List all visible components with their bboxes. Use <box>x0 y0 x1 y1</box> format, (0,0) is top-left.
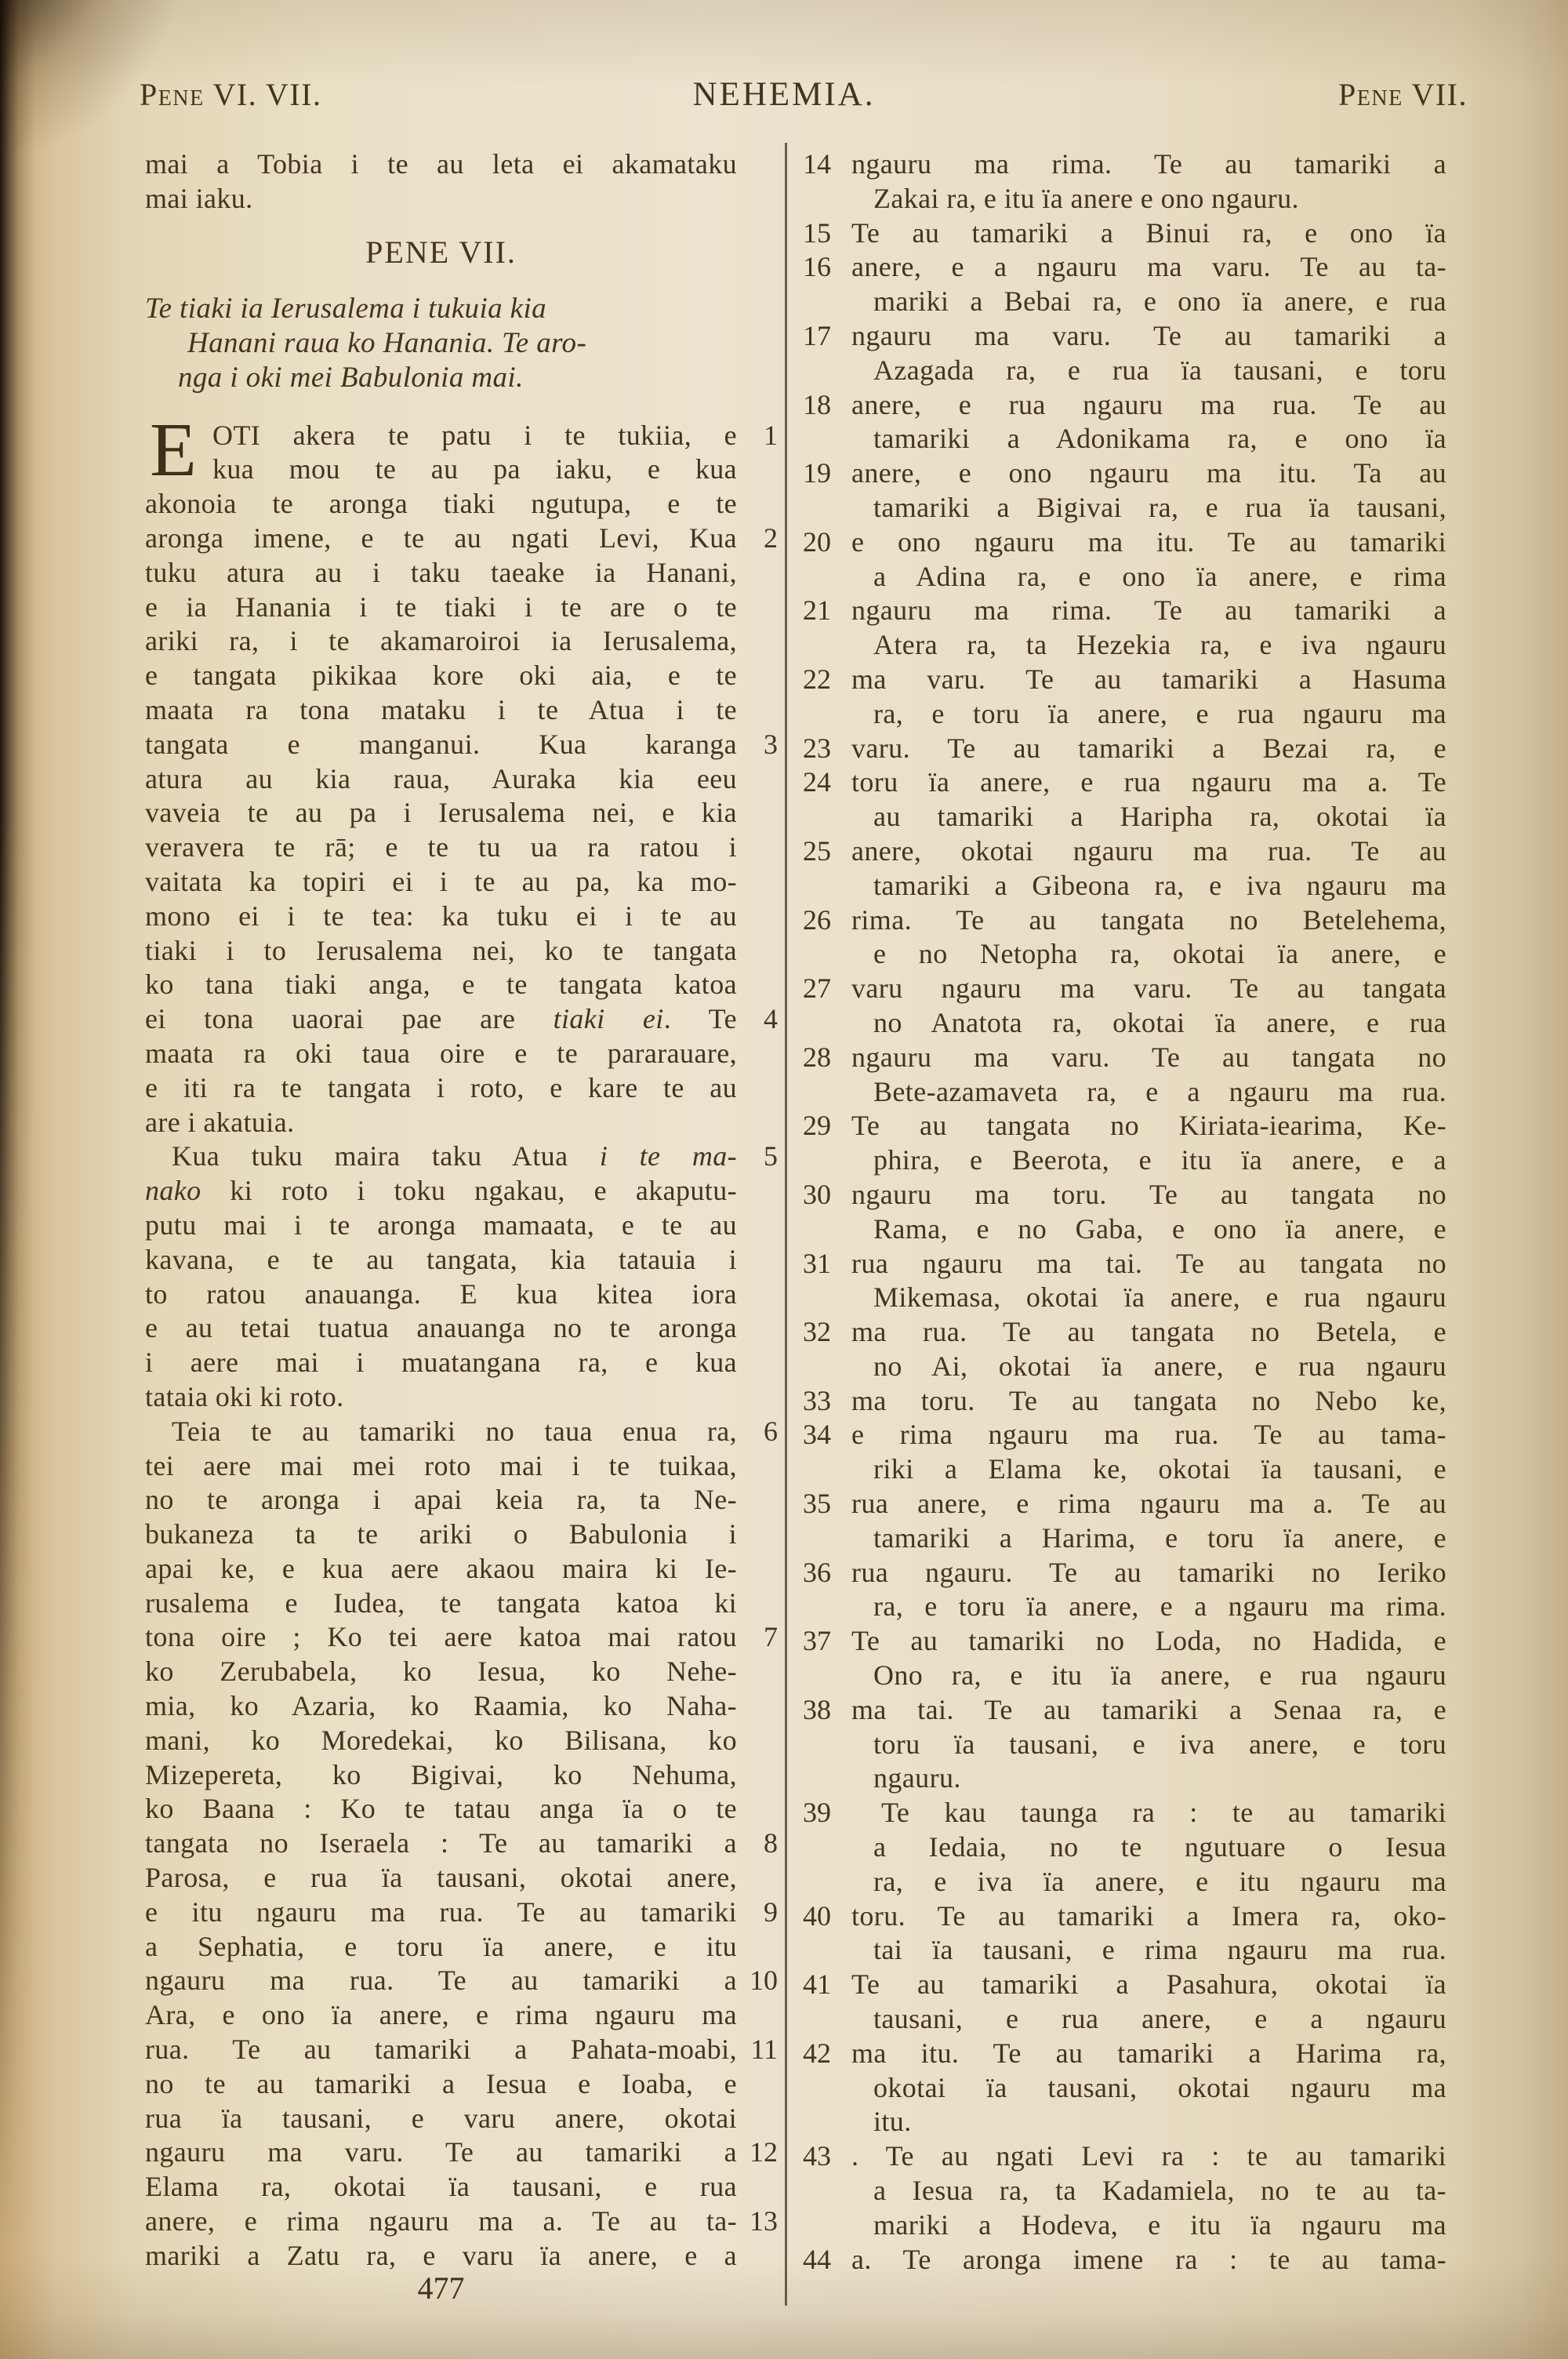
line-text: riki a Elama ke, okotai ïa tausani, e <box>873 1453 1446 1485</box>
left-body-text-line: maata ra oki taua oire e te pararauare, <box>145 1037 737 1071</box>
line-text: e au tetai tuatua anauanga no te aronga <box>145 1312 737 1343</box>
line-text: tei aere mai mei roto mai i te tuikaa, <box>145 1450 737 1481</box>
line-text: ko Baana : Ko te tatau anga ïa o te <box>145 1793 737 1824</box>
line-text: Mikemasa, okotai ïa anere, e rua ngauru <box>873 1281 1446 1313</box>
line-text: tataia oki ki roto. <box>145 1381 344 1412</box>
right-column-text-line: 35rua anere, e rima ngauru ma a. Te au <box>801 1487 1446 1521</box>
line-text: tai ïa tausani, e rima ngauru ma rua. <box>873 1934 1446 1965</box>
line-text: tamariki a Bigivai ra, e rua ïa tausani, <box>873 492 1446 523</box>
right-column-text-line: 34e rima ngauru ma rua. Te au tama- <box>801 1418 1446 1452</box>
left-body-text-line: mani, ko Moredekai, ko Bilisana, ko <box>145 1724 737 1758</box>
right-column-text-line: 21ngauru ma rima. Te au tamariki a <box>801 594 1446 628</box>
right-column-text-line: Atera ra, ta Hezekia ra, e iva ngauru <box>801 628 1446 663</box>
verse-number: 27 <box>803 972 831 1006</box>
line-text: mono ei i te tea: ka tuku ei i te au <box>145 900 737 932</box>
verse-number: 6 <box>764 1415 778 1449</box>
line-text: anere, e ono ngauru ma itu. Ta au <box>851 457 1446 489</box>
column-divider-rule <box>785 143 787 2306</box>
verse-number: 36 <box>803 1556 831 1590</box>
line-text: mia, ko Azaria, ko Raamia, ko Naha- <box>145 1690 737 1721</box>
right-column-text-line: riki a Elama ke, okotai ïa tausani, e <box>801 1452 1446 1487</box>
line-text: no Ai, okotai ïa anere, e rua ngauru <box>873 1350 1446 1382</box>
line-text: anere, e a ngauru ma varu. Te au ta- <box>851 251 1446 282</box>
line-text: rua ngauru. Te au tamariki no Ieriko <box>851 1557 1446 1588</box>
left-body-text-line: veravera te rā; e te tu ua ra ratou i <box>145 831 737 865</box>
line-text: e tangata pikikaa kore oki aia, e te <box>145 660 737 691</box>
line-text: atura au kia raua, Auraka kia eeu <box>145 763 737 794</box>
right-column-text-line: no Anatota ra, okotai ïa anere, e rua <box>801 1006 1446 1041</box>
left-body-text-line: are i akatuia. <box>145 1106 737 1140</box>
line-text: kavana, e te au tangata, kia tatauia i <box>145 1244 737 1275</box>
line-text: veravera te rā; e te tu ua ra ratou i <box>145 831 737 863</box>
right-column-text-line: Zakai ra, e itu ïa anere e ono ngauru. <box>801 182 1446 216</box>
verse-number: 1 <box>764 419 778 453</box>
right-column-text-line: ngauru. <box>801 1761 1446 1796</box>
verse-number: 24 <box>803 765 831 800</box>
verse-number: 40 <box>803 1899 831 1934</box>
left-body-text-line: 11rua. Te au tamariki a Pahata-moabi, <box>145 2033 737 2067</box>
line-text: ei tona uaorai pae are tiaki ei. Te <box>145 1003 737 1034</box>
verse-number: 17 <box>803 319 831 354</box>
line-text: . Te au ngati Levi ra : te au tamariki <box>851 2140 1446 2172</box>
right-column-text-line: 29Te au tangata no Kiriata-iearima, Ke- <box>801 1109 1446 1143</box>
line-text: e iti ra te tangata i roto, e kare te au <box>145 1072 737 1103</box>
left-body-text-line: 3tangata e manganui. Kua karanga <box>145 728 737 762</box>
line-text: nga i oki mei Babulonia mai. <box>178 362 524 394</box>
left-body-text-line: to ratou anauanga. E kua kitea iora <box>145 1278 737 1312</box>
right-column-text-line: 23varu. Te au tamariki a Bezai ra, e <box>801 732 1446 766</box>
left-body-text-line: mariki a Zatu ra, e varu ïa anere, e a <box>145 2239 737 2274</box>
right-column-text-line: 24toru ïa anere, e rua ngauru ma a. Te <box>801 765 1446 800</box>
line-text: Te au tamariki no Loda, no Hadida, e <box>851 1625 1446 1656</box>
line-text: ngauru ma varu. Te au tamariki a <box>145 2136 737 2168</box>
right-column-text-line: tamariki a Gibeona ra, e iva ngauru ma <box>801 869 1446 903</box>
line-text: Elama ra, okotai ïa tausani, e rua <box>145 2171 737 2202</box>
verse-number: 33 <box>803 1384 831 1419</box>
right-column-text-line: mariki a Bebai ra, e ono ïa anere, e rua <box>801 285 1446 319</box>
line-text: Teia te au tamariki no taua enua ra, <box>172 1416 737 1447</box>
chapter-summary-text-line: Hanani raua ko Hanania. Te aro- <box>145 326 737 361</box>
right-column-text-line: 44a. Te aronga imene ra : te au tama- <box>801 2243 1446 2277</box>
verse-number: 41 <box>803 1968 831 2002</box>
right-column-text-line: 41Te au tamariki a Pasahura, okotai ïa <box>801 1968 1446 2002</box>
line-text: ngauru ma rua. Te au tamariki a <box>145 1965 737 1996</box>
line-text: rusalema e Iudea, te tangata katoa ki <box>145 1587 737 1619</box>
left-body-text-line: maata ra tona mataku i te Atua i te <box>145 693 737 728</box>
line-text: anere, e rua ngauru ma rua. Te au <box>851 389 1446 420</box>
right-column-text-line: ra, e iva ïa anere, e itu ngauru ma <box>801 1865 1446 1899</box>
left-body-text-line: 8tangata no Iseraela : Te au tamariki a <box>145 1826 737 1861</box>
chapter-summary-text-line: Te tiaki ia Ierusalema i tukuia kia <box>145 292 737 326</box>
line-text: toru. Te au tamariki a Imera ra, oko- <box>851 1900 1446 1932</box>
line-text: e ia Hanania i te tiaki i te are o te <box>145 591 737 623</box>
right-column-text-line: 14ngauru ma rima. Te au tamariki a <box>801 147 1446 182</box>
line-text: e itu ngauru ma rua. Te au tamariki <box>145 1896 737 1928</box>
right-column-text-line: Mikemasa, okotai ïa anere, e rua ngauru <box>801 1281 1446 1315</box>
right-column-text-line: tai ïa tausani, e rima ngauru ma rua. <box>801 1933 1446 1968</box>
left-body-text-line: e au tetai tuatua anauanga no te aronga <box>145 1311 737 1346</box>
line-text: rua anere, e rima ngauru ma a. Te au <box>851 1488 1446 1519</box>
right-column-text-line: au tamariki a Haripha ra, okotai ïa <box>801 800 1446 834</box>
left-body-text-line: kavana, e te au tangata, kia tatauia i <box>145 1243 737 1278</box>
verse-number: 13 <box>750 2205 778 2239</box>
line-text: au tamariki a Haripha ra, okotai ïa <box>873 801 1446 832</box>
right-column-text-line: tamariki a Harima, e toru ïa anere, e <box>801 1521 1446 1556</box>
right-column-text-line: 40toru. Te au tamariki a Imera ra, oko- <box>801 1899 1446 1934</box>
left-body-text-line: putu mai i te aronga mamaata, e te au <box>145 1209 737 1243</box>
line-text: Te au tangata no Kiriata-iearima, Ke- <box>851 1110 1446 1141</box>
left-body-text-line: mono ei i te tea: ka tuku ei i te au <box>145 900 737 934</box>
line-text: OTI akera te patu i te tukiia, e <box>212 420 737 451</box>
right-column: 14ngauru ma rima. Te au tamariki aZakai … <box>801 147 1446 2277</box>
line-text: a Iedaia, no te ngutuare o Iesua <box>873 1831 1446 1863</box>
line-text: anere, e rima ngauru ma a. Te au ta- <box>145 2205 737 2237</box>
right-column-text-line: Bete-azamaveta ra, e a ngauru ma rua. <box>801 1075 1446 1110</box>
line-text: phira, e Beerota, e itu ïa anere, e a <box>873 1144 1446 1176</box>
left-body-text-line: 10ngauru ma rua. Te au tamariki a <box>145 1964 737 1998</box>
left-body-text-line: e tangata pikikaa kore oki aia, e te <box>145 659 737 693</box>
left-body-text-line: atura au kia raua, Auraka kia eeu <box>145 762 737 797</box>
right-column-text-line: 19anere, e ono ngauru ma itu. Ta au <box>801 456 1446 491</box>
verse-number: 25 <box>803 834 831 869</box>
right-column-text-line: 26rima. Te au tangata no Betelehema, <box>801 903 1446 938</box>
line-text: rua ïa tausani, e varu anere, okotai <box>145 2103 737 2134</box>
running-head-right: Pene VII. <box>1338 77 1468 113</box>
verse-number: 34 <box>803 1418 831 1452</box>
line-text: putu mai i te aronga mamaata, e te au <box>145 1209 737 1241</box>
right-column-text-line: ra, e toru ïa anere, e a ngauru ma rima. <box>801 1590 1446 1624</box>
verse-number: 10 <box>750 1964 778 1998</box>
right-column-text-line: 37Te au tamariki no Loda, no Hadida, e <box>801 1624 1446 1659</box>
line-text: ra, e iva ïa anere, e itu ngauru ma <box>873 1866 1446 1897</box>
book-page: Pene VI. VII. NEHEMIA. Pene VII. mai a T… <box>0 0 1568 2359</box>
left-body-text-line: 2aronga imene, e te au ngati Levi, Kua <box>145 522 737 556</box>
verse-number: 28 <box>803 1041 831 1075</box>
left-intro-text-line: mai a Tobia i te au leta ei akamataku <box>145 147 737 182</box>
left-body-text-line: no te au tamariki a Iesua e Ioaba, e <box>145 2067 737 2102</box>
page-gutter-shadow <box>0 0 34 2337</box>
left-body-text-line: ko Zerubabela, ko Iesua, ko Nehe- <box>145 1655 737 1689</box>
left-body-text-line: 4ei tona uaorai pae are tiaki ei. Te <box>145 1002 737 1037</box>
verse-number: 44 <box>803 2243 831 2277</box>
line-text: ko Zerubabela, ko Iesua, ko Nehe- <box>145 1656 737 1687</box>
right-column-text-line: ra, e toru ïa anere, e rua ngauru ma <box>801 697 1446 732</box>
left-body-text-line: akonoia te aronga tiaki ngutupa, e te <box>145 487 737 522</box>
left-body-text-line: a Sephatia, e toru ïa anere, e itu <box>145 1930 737 1965</box>
right-column-text-line: Azagada ra, e rua ïa tausani, e toru <box>801 354 1446 388</box>
line-text: rua. Te au tamariki a Pahata-moabi, <box>145 2034 737 2065</box>
line-text: rua ngauru ma tai. Te au tangata no <box>851 1248 1446 1279</box>
line-text: ngauru. <box>873 1762 961 1794</box>
line-text: no Anatota ra, okotai ïa anere, e rua <box>873 1007 1446 1038</box>
line-text: anere, okotai ngauru ma rua. Te au <box>851 835 1446 867</box>
line-text: tausani, e rua anere, e a ngauru <box>873 2003 1446 2034</box>
left-body-text-line: rusalema e Iudea, te tangata katoa ki <box>145 1587 737 1621</box>
right-column-text-line: 30ngauru ma toru. Te au tangata no <box>801 1178 1446 1212</box>
verse-number: 32 <box>803 1315 831 1350</box>
line-text: no te aronga i apai keia ra, ta Ne- <box>145 1484 737 1515</box>
right-column-text-line: 18anere, e rua ngauru ma rua. Te au <box>801 388 1446 423</box>
line-text: ma rua. Te au tangata no Betela, e <box>851 1316 1446 1347</box>
right-column-text-line: tamariki a Bigivai ra, e rua ïa tausani, <box>801 491 1446 525</box>
line-text: maata ra tona mataku i te Atua i te <box>145 694 737 725</box>
line-text: mani, ko Moredekai, ko Bilisana, ko <box>145 1725 737 1756</box>
line-text: i aere mai i muatangana ra, e kua <box>145 1347 737 1378</box>
line-text: nako ki roto i toku ngakau, e akaputu- <box>145 1175 737 1206</box>
line-text: to ratou anauanga. E kua kitea iora <box>145 1278 737 1310</box>
right-column-text-line: 39Te kau taunga ra : te au tamariki <box>801 1796 1446 1830</box>
line-text: tiaki i to Ierusalema nei, ko te tangata <box>145 935 737 966</box>
line-text: ngauru ma rima. Te au tamariki a <box>851 594 1446 626</box>
left-body-text-line: e iti ra te tangata i roto, e kare te au <box>145 1071 737 1106</box>
verse-number: 20 <box>803 525 831 560</box>
left-body-text-line: ko tana tiaki anga, e te tangata katoa <box>145 968 737 1002</box>
left-body-text-line: ariki ra, i te akamaroiroi ia Ierusalema… <box>145 624 737 659</box>
left-body-text-line: ko Baana : Ko te tatau anga ïa o te <box>145 1792 737 1826</box>
left-body-text-line: mia, ko Azaria, ko Raamia, ko Naha- <box>145 1689 737 1724</box>
line-text: mariki a Bebai ra, e ono ïa anere, e rua <box>873 285 1446 317</box>
line-text: aronga imene, e te au ngati Levi, Kua <box>145 522 737 554</box>
line-text: Zakai ra, e itu ïa anere e ono ngauru. <box>873 183 1299 214</box>
line-text: vaveia te au pa i Ierusalema nei, e kia <box>145 797 737 828</box>
line-text: ma varu. Te au tamariki a Hasuma <box>851 663 1446 695</box>
line-text: kua mou te au pa iaku, e kua <box>212 453 737 485</box>
right-column-text-line: okotai ïa tausani, okotai ngauru ma <box>801 2071 1446 2106</box>
right-column-text-line: tausani, e rua anere, e a ngauru <box>801 2002 1446 2037</box>
line-text: a Sephatia, e toru ïa anere, e itu <box>145 1931 737 1962</box>
line-text: ngauru ma varu. Te au tamariki a <box>851 320 1446 351</box>
verse-number: 38 <box>803 1693 831 1728</box>
line-text: ma tai. Te au tamariki a Senaa ra, e <box>851 1694 1446 1725</box>
right-column-text-line: 31rua ngauru ma tai. Te au tangata no <box>801 1247 1446 1281</box>
verse-number: 16 <box>803 250 831 285</box>
verse-number: 23 <box>803 732 831 766</box>
left-body-text-line: e ia Hanania i te tiaki i te are o te <box>145 591 737 625</box>
right-column-text-line: a Iedaia, no te ngutuare o Iesua <box>801 1830 1446 1865</box>
verse-number: 26 <box>803 903 831 938</box>
line-text: ngauru ma varu. Te au tangata no <box>851 1041 1446 1073</box>
verse-number: 30 <box>803 1178 831 1212</box>
left-body-text-line: no te aronga i apai keia ra, ta Ne- <box>145 1483 737 1518</box>
left-column: mai a Tobia i te au leta ei akamatakumai… <box>145 147 737 2274</box>
line-text: varu. Te au tamariki a Bezai ra, e <box>851 732 1446 764</box>
verse-number: 4 <box>764 1002 778 1037</box>
line-text: a Adina ra, e ono ïa anere, e rima <box>873 561 1446 592</box>
left-body-text-line: tataia oki ki roto. <box>145 1380 737 1415</box>
chapter-heading: PENE VII. <box>145 235 737 270</box>
verse-number: 31 <box>803 1247 831 1281</box>
line-text: toru ïa anere, e rua ngauru ma a. Te <box>851 766 1446 798</box>
verse-number: 29 <box>803 1109 831 1143</box>
line-text: e ono ngauru ma itu. Te au tamariki <box>851 526 1446 558</box>
line-text: Hanani raua ko Hanania. Te aro- <box>187 327 586 359</box>
line-text: okotai ïa tausani, okotai ngauru ma <box>873 2072 1446 2103</box>
line-text: Kua tuku maira taku Atua i te ma- <box>172 1140 737 1172</box>
left-body-text-line: i aere mai i muatangana ra, e kua <box>145 1346 737 1380</box>
right-column-text-line: 43. Te au ngati Levi ra : te au tamariki <box>801 2139 1446 2174</box>
line-text: ngauru ma toru. Te au tangata no <box>851 1179 1446 1210</box>
right-column-text-line: e no Netopha ra, okotai ïa anere, e <box>801 937 1446 972</box>
line-text: e rima ngauru ma rua. Te au tama- <box>851 1419 1446 1450</box>
left-body-text-line: vaitata ka topiri ei i te au pa, ka mo- <box>145 865 737 900</box>
right-column-text-line: no Ai, okotai ïa anere, e rua ngauru <box>801 1350 1446 1384</box>
left-body-text-line: Ara, e ono ïa anere, e rima ngauru ma <box>145 1998 737 2033</box>
right-column-text-line: tamariki a Adonikama ra, e ono ïa <box>801 422 1446 456</box>
verse-number: 35 <box>803 1487 831 1521</box>
line-text: Atera ra, ta Hezekia ra, e iva ngauru <box>873 629 1446 660</box>
line-text: Parosa, e rua ïa tausani, okotai anere, <box>145 1862 737 1893</box>
right-column-text-line: 17ngauru ma varu. Te au tamariki a <box>801 319 1446 354</box>
left-column-body: E1OTI akera te patu i te tukiia, ekua mo… <box>145 419 737 2274</box>
verse-number: 22 <box>803 663 831 697</box>
line-text: maata ra oki taua oire e te pararauare, <box>145 1038 737 1069</box>
right-column-text-line: Rama, e no Gaba, e ono ïa anere, e <box>801 1212 1446 1247</box>
line-text: Rama, e no Gaba, e ono ïa anere, e <box>873 1213 1446 1245</box>
line-text: bukaneza ta te ariki o Babulonia i <box>145 1518 737 1550</box>
line-text: mai a Tobia i te au leta ei akamataku <box>145 148 737 180</box>
chapter-summary: Te tiaki ia Ierusalema i tukuia kiaHanan… <box>145 292 737 395</box>
left-intro-text-line: mai iaku. <box>145 182 737 216</box>
right-column-text-line: 38ma tai. Te au tamariki a Senaa ra, e <box>801 1693 1446 1728</box>
line-text: Mizepereta, ko Bigivai, ko Nehuma, <box>145 1759 737 1790</box>
line-text: Te au tamariki a Binui ra, e ono ïa <box>851 217 1446 249</box>
line-text: varu ngauru ma varu. Te au tangata <box>851 972 1446 1004</box>
left-body-text-line: 5Kua tuku maira taku Atua i te ma- <box>145 1140 737 1174</box>
right-column-text-line: itu. <box>801 2105 1446 2139</box>
line-text: tamariki a Gibeona ra, e iva ngauru ma <box>873 870 1446 901</box>
line-text: ra, e toru ïa anere, e a ngauru ma rima. <box>873 1590 1446 1622</box>
line-text: akonoia te aronga tiaki ngutupa, e te <box>145 488 737 519</box>
line-text: ma itu. Te au tamariki a Harima ra, <box>851 2037 1446 2069</box>
left-body-text-line: 13anere, e rima ngauru ma a. Te au ta- <box>145 2205 737 2239</box>
line-text: ma toru. Te au tangata no Nebo ke, <box>851 1385 1446 1416</box>
left-body-text-line: nako ki roto i toku ngakau, e akaputu- <box>145 1174 737 1209</box>
right-column-text-line: 28ngauru ma varu. Te au tangata no <box>801 1041 1446 1075</box>
line-text: tamariki a Harima, e toru ïa anere, e <box>873 1522 1446 1554</box>
line-text: mariki a Zatu ra, e varu ïa anere, e a <box>145 2240 737 2271</box>
line-text: itu. <box>873 2106 912 2137</box>
line-text: e no Netopha ra, okotai ïa anere, e <box>873 938 1446 969</box>
line-text: mariki a Hodeva, e itu ïa ngauru ma <box>873 2209 1446 2241</box>
left-body-text-line: 7tona oire ; Ko tei aere katoa mai ratou <box>145 1620 737 1655</box>
verse-number: 42 <box>803 2037 831 2071</box>
line-text: Te au tamariki a Pasahura, okotai ïa <box>851 1968 1446 2000</box>
verse-number: 14 <box>803 147 831 182</box>
verse-number: 12 <box>750 2135 778 2170</box>
right-column-text-line: 33ma toru. Te au tangata no Nebo ke, <box>801 1384 1446 1419</box>
left-body-text-line: bukaneza ta te ariki o Babulonia i <box>145 1518 737 1552</box>
right-column-text-line: a Adina ra, e ono ïa anere, e rima <box>801 560 1446 594</box>
right-column-text-line: 36rua ngauru. Te au tamariki no Ieriko <box>801 1556 1446 1590</box>
verse-number: 5 <box>764 1140 778 1174</box>
verse-number: 43 <box>803 2139 831 2174</box>
verse-number: 19 <box>803 456 831 491</box>
left-body-text-line: 6Teia te au tamariki no taua enua ra, <box>145 1415 737 1449</box>
line-text: tuku atura au i taku taeake ia Hanani, <box>145 557 737 588</box>
left-body-text-line: Parosa, e rua ïa tausani, okotai anere, <box>145 1861 737 1896</box>
running-head-book-title: NEHEMIA. <box>0 77 1568 113</box>
left-body-text-line: tei aere mai mei roto mai i te tuikaa, <box>145 1449 737 1484</box>
line-text: Te tiaki ia Ierusalema i tukuia kia <box>145 293 546 325</box>
line-text: tangata e manganui. Kua karanga <box>145 729 737 760</box>
line-text: apai ke, e kua aere akaou maira ki Ie- <box>145 1553 737 1584</box>
left-body-text-line: tuku atura au i taku taeake ia Hanani, <box>145 556 737 591</box>
line-text: Bete-azamaveta ra, e a ngauru ma rua. <box>873 1076 1446 1107</box>
verse-number: 11 <box>750 2033 778 2067</box>
right-column-text-line: 32ma rua. Te au tangata no Betela, e <box>801 1315 1446 1350</box>
left-body-text-line: rua ïa tausani, e varu anere, okotai <box>145 2102 737 2136</box>
left-body-text-line: Mizepereta, ko Bigivai, ko Nehuma, <box>145 1758 737 1793</box>
line-text: vaitata ka topiri ei i te au pa, ka mo- <box>145 866 737 897</box>
verse-number: 37 <box>803 1624 831 1659</box>
left-body-text-line: apai ke, e kua aere akaou maira ki Ie- <box>145 1552 737 1587</box>
left-body-text-line: vaveia te au pa i Ierusalema nei, e kia <box>145 796 737 831</box>
verse-number: 8 <box>764 1826 778 1861</box>
left-body-text-line: 1OTI akera te patu i te tukiia, e <box>145 419 737 453</box>
verse-number: 39 <box>803 1796 831 1830</box>
right-column-text-line: 15Te au tamariki a Binui ra, e ono ïa <box>801 216 1446 251</box>
page-number: 477 <box>145 2270 737 2306</box>
chapter-summary-text-line: nga i oki mei Babulonia mai. <box>145 361 737 395</box>
line-text: a Iesua ra, ta Kadamiela, no te au ta- <box>873 2175 1446 2206</box>
left-body-text-line: tiaki i to Ierusalema nei, ko te tangata <box>145 934 737 969</box>
line-text: tangata no Iseraela : Te au tamariki a <box>145 1827 737 1859</box>
right-column-text-line: 20e ono ngauru ma itu. Te au tamariki <box>801 525 1446 560</box>
line-text: rima. Te au tangata no Betelehema, <box>851 904 1446 936</box>
right-column-text-line: phira, e Beerota, e itu ïa anere, e a <box>801 1143 1446 1178</box>
line-text: Ara, e ono ïa anere, e rima ngauru ma <box>145 1999 737 2030</box>
line-text: tona oire ; Ko tei aere katoa mai ratou <box>145 1621 737 1652</box>
verse-number: 3 <box>764 728 778 762</box>
right-column-text-line: 42ma itu. Te au tamariki a Harima ra, <box>801 2037 1446 2071</box>
right-column-text-line: 16anere, e a ngauru ma varu. Te au ta- <box>801 250 1446 285</box>
line-text: Te kau taunga ra : te au tamariki <box>881 1797 1446 1828</box>
right-column-text-line: 27varu ngauru ma varu. Te au tangata <box>801 972 1446 1006</box>
verse-number: 2 <box>764 522 778 556</box>
right-column-text-line: toru ïa tausani, e iva anere, e toru <box>801 1728 1446 1762</box>
line-text: are i akatuia. <box>145 1107 295 1138</box>
left-body-text-line: 9e itu ngauru ma rua. Te au tamariki <box>145 1896 737 1930</box>
line-text: tamariki a Adonikama ra, e ono ïa <box>873 423 1446 454</box>
line-text: Ono ra, e itu ïa anere, e rua ngauru <box>873 1659 1446 1691</box>
line-text: mai iaku. <box>145 183 253 214</box>
verse-number: 7 <box>764 1620 778 1655</box>
line-text: Azagada ra, e rua ïa tausani, e toru <box>873 354 1446 386</box>
line-text: toru ïa tausani, e iva anere, e toru <box>873 1728 1446 1760</box>
left-body-text-line: kua mou te au pa iaku, e kua <box>145 453 737 487</box>
line-text: no te au tamariki a Iesua e Ioaba, e <box>145 2068 737 2099</box>
right-column-text-line: mariki a Hodeva, e itu ïa ngauru ma <box>801 2208 1446 2243</box>
right-column-text-line: Ono ra, e itu ïa anere, e rua ngauru <box>801 1659 1446 1693</box>
line-text: a. Te aronga imene ra : te au tama- <box>851 2244 1446 2275</box>
left-body-text-line: 12ngauru ma varu. Te au tamariki a <box>145 2135 737 2170</box>
line-text: ngauru ma rima. Te au tamariki a <box>851 148 1446 180</box>
right-column-text-line: a Iesua ra, ta Kadamiela, no te au ta- <box>801 2174 1446 2208</box>
intro-paragraph: mai a Tobia i te au leta ei akamatakumai… <box>145 147 737 216</box>
line-text: ariki ra, i te akamaroiroi ia Ierusalema… <box>145 625 737 656</box>
line-text: ko tana tiaki anga, e te tangata katoa <box>145 969 737 1000</box>
line-text: ra, e toru ïa anere, e rua ngauru ma <box>873 698 1446 729</box>
verse-number: 18 <box>803 388 831 423</box>
verse-number: 9 <box>764 1896 778 1930</box>
right-column-text-line: 22ma varu. Te au tamariki a Hasuma <box>801 663 1446 697</box>
verse-number: 15 <box>803 216 831 251</box>
right-column-text-line: 25anere, okotai ngauru ma rua. Te au <box>801 834 1446 869</box>
verse-number: 21 <box>803 594 831 628</box>
left-body-text-line: Elama ra, okotai ïa tausani, e rua <box>145 2170 737 2205</box>
